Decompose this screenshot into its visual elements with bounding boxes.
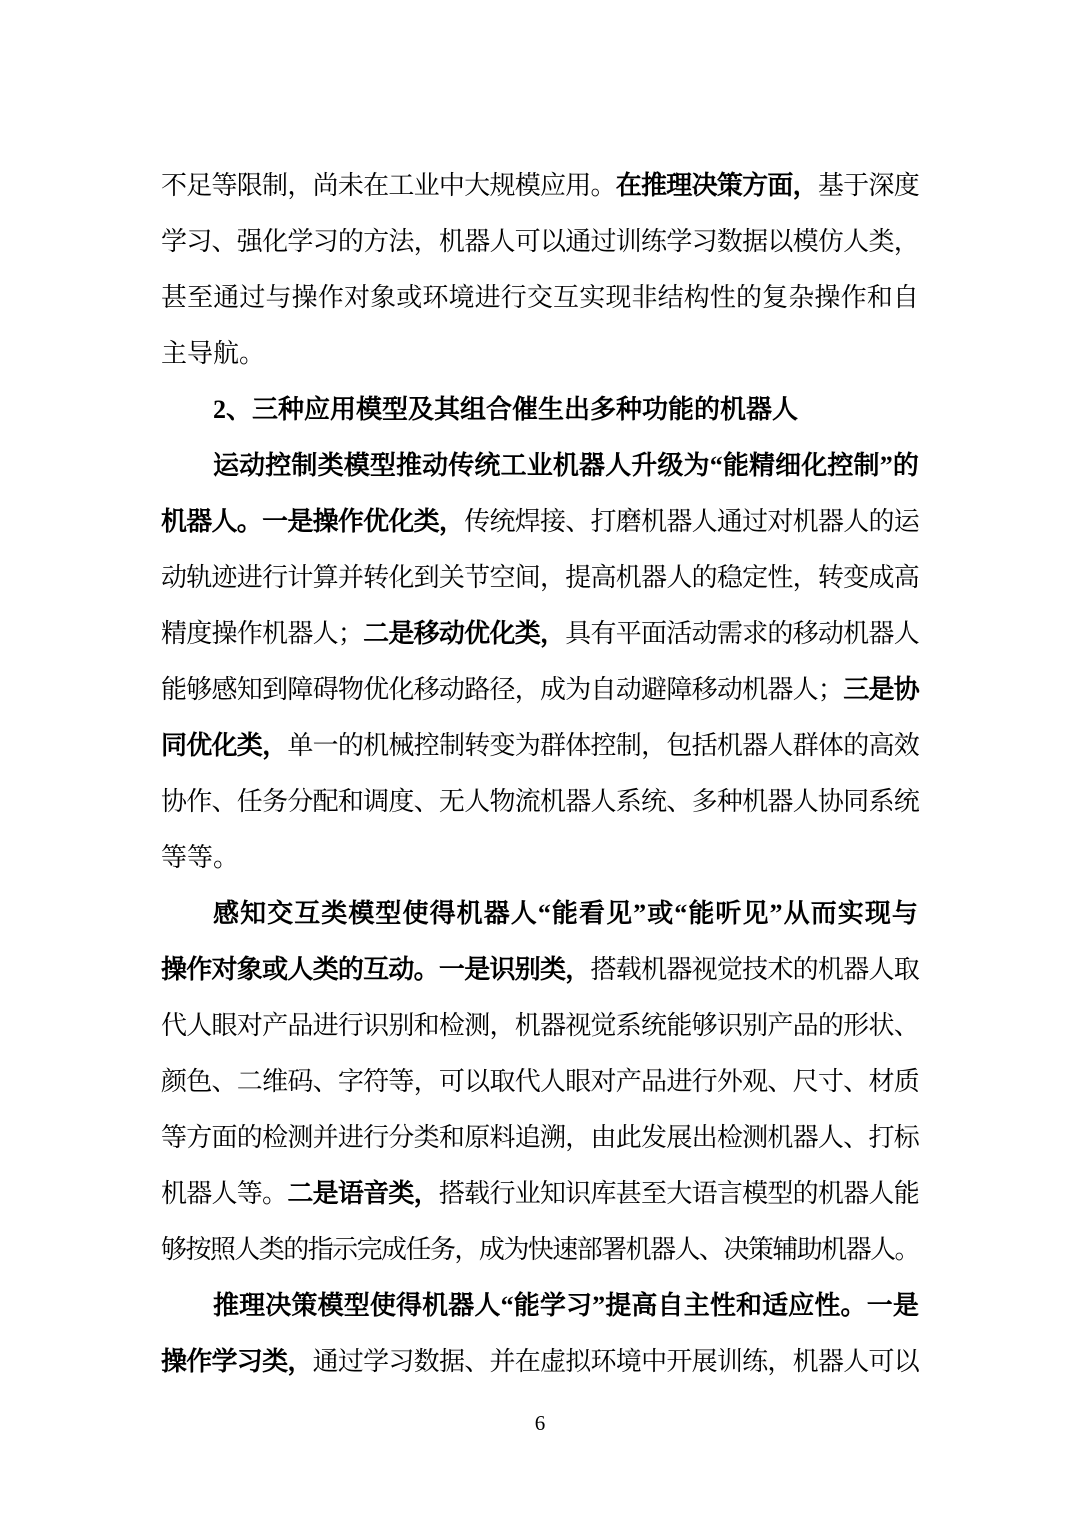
text-line: 协作、任务分配和调度、无人物流机器人系统、多种机器人协同系统 (161, 774, 919, 830)
text-line: 动轨迹进行计算并转化到关节空间，提高机器人的稳定性，转变成高 (161, 550, 919, 606)
text-line: 代人眼对产品进行识别和检测，机器视觉系统能够识别产品的形状、 (161, 998, 919, 1054)
bold-text-segment: 推理决策模型使得机器人“能学习”提高自主性和适应性。一是 (213, 1291, 919, 1320)
text-segment: 不足等限制，尚未在工业中大规模应用。 (161, 171, 616, 200)
bold-text-segment: 二是语音类， (287, 1179, 439, 1208)
text-line: 同优化类，单一的机械控制转变为群体控制，包括机器人群体的高效 (161, 718, 919, 774)
text-segment: 动轨迹进行计算并转化到关节空间，提高机器人的稳定性，转变成高 (161, 563, 919, 592)
text-line: 机器人。一是操作优化类，传统焊接、打磨机器人通过对机器人的运 (161, 494, 919, 550)
bold-text-segment: 二是移动优化类， (363, 619, 565, 648)
document-body: 不足等限制，尚未在工业中大规模应用。在推理决策方面，基于深度学习、强化学习的方法… (161, 158, 919, 1390)
text-segment: 基于深度 (818, 171, 919, 200)
text-line: 等方面的检测并进行分类和原料追溯，由此发展出检测机器人、打标 (161, 1110, 919, 1166)
text-segment: 单一的机械控制转变为群体控制，包括机器人群体的高效 (287, 731, 919, 760)
text-segment: 等方面的检测并进行分类和原料追溯，由此发展出检测机器人、打标 (161, 1123, 919, 1152)
text-segment: 机器人等。 (161, 1179, 287, 1208)
text-segment: 代人眼对产品进行识别和检测，机器视觉系统能够识别产品的形状、 (161, 1011, 919, 1040)
bold-text-segment: 三是协 (843, 675, 919, 704)
bold-text-segment: 运动控制类模型推动传统工业机器人升级为“能精细化控制”的 (213, 451, 919, 480)
bold-text-segment: 2、三种应用模型及其组合催生出多种功能的机器人 (213, 395, 798, 424)
text-line: 操作对象或人类的互动。一是识别类，搭载机器视觉技术的机器人取 (161, 942, 919, 998)
text-line: 主导航。 (161, 326, 919, 382)
text-segment: 具有平面活动需求的移动机器人 (565, 619, 919, 648)
bold-text-segment: 在推理决策方面， (616, 171, 818, 200)
bold-text-segment: 机器人。一是操作优化类， (161, 507, 464, 536)
bold-text-segment: 同优化类， (161, 731, 287, 760)
text-line: 等等。 (161, 830, 919, 886)
text-line: 精度操作机器人；二是移动优化类，具有平面活动需求的移动机器人 (161, 606, 919, 662)
text-line: 甚至通过与操作对象或环境进行交互实现非结构性的复杂操作和自 (161, 270, 919, 326)
text-line: 学习、强化学习的方法，机器人可以通过训练学习数据以模仿人类， (161, 214, 919, 270)
text-segment: 等等。 (161, 843, 239, 872)
bold-text-segment: 感知交互类模型使得机器人“能看见”或“能听见”从而实现与 (213, 899, 919, 928)
text-line: 机器人等。二是语音类，搭载行业知识库甚至大语言模型的机器人能 (161, 1166, 919, 1222)
text-line: 够按照人类的指示完成任务，成为快速部署机器人、决策辅助机器人。 (161, 1222, 919, 1278)
text-segment: 通过学习数据、并在虚拟环境中开展训练，机器人可以 (313, 1347, 919, 1376)
text-segment: 传统焊接、打磨机器人通过对机器人的运 (464, 507, 919, 536)
bold-text-segment: 操作对象或人类的互动。一是识别类， (161, 955, 591, 984)
text-segment: 精度操作机器人； (161, 619, 363, 648)
page-number: 6 (0, 1408, 1080, 1438)
text-segment: 甚至通过与操作对象或环境进行交互实现非结构性的复杂操作和自 (161, 283, 919, 312)
text-line: 推理决策模型使得机器人“能学习”提高自主性和适应性。一是 (161, 1278, 919, 1334)
text-segment: 搭载行业知识库甚至大语言模型的机器人能 (439, 1179, 919, 1208)
text-segment: 搭载机器视觉技术的机器人取 (591, 955, 919, 984)
text-segment: 颜色、二维码、字符等，可以取代人眼对产品进行外观、尺寸、材质 (161, 1067, 919, 1096)
text-line: 感知交互类模型使得机器人“能看见”或“能听见”从而实现与 (161, 886, 919, 942)
text-segment: 够按照人类的指示完成任务，成为快速部署机器人、决策辅助机器人。 (161, 1235, 919, 1264)
bold-text-segment: 操作学习类， (161, 1347, 313, 1376)
text-line: 2、三种应用模型及其组合催生出多种功能的机器人 (161, 382, 919, 438)
document-page: 不足等限制，尚未在工业中大规模应用。在推理决策方面，基于深度学习、强化学习的方法… (0, 0, 1080, 1527)
text-segment: 协作、任务分配和调度、无人物流机器人系统、多种机器人协同系统 (161, 787, 919, 816)
text-line: 运动控制类模型推动传统工业机器人升级为“能精细化控制”的 (161, 438, 919, 494)
text-segment: 能够感知到障碍物优化移动路径，成为自动避障移动机器人； (161, 675, 843, 704)
text-line: 不足等限制，尚未在工业中大规模应用。在推理决策方面，基于深度 (161, 158, 919, 214)
text-segment: 学习、强化学习的方法，机器人可以通过训练学习数据以模仿人类， (161, 227, 919, 256)
text-segment: 主导航。 (161, 339, 265, 368)
text-line: 操作学习类，通过学习数据、并在虚拟环境中开展训练，机器人可以 (161, 1334, 919, 1390)
text-line: 颜色、二维码、字符等，可以取代人眼对产品进行外观、尺寸、材质 (161, 1054, 919, 1110)
text-line: 能够感知到障碍物优化移动路径，成为自动避障移动机器人；三是协 (161, 662, 919, 718)
